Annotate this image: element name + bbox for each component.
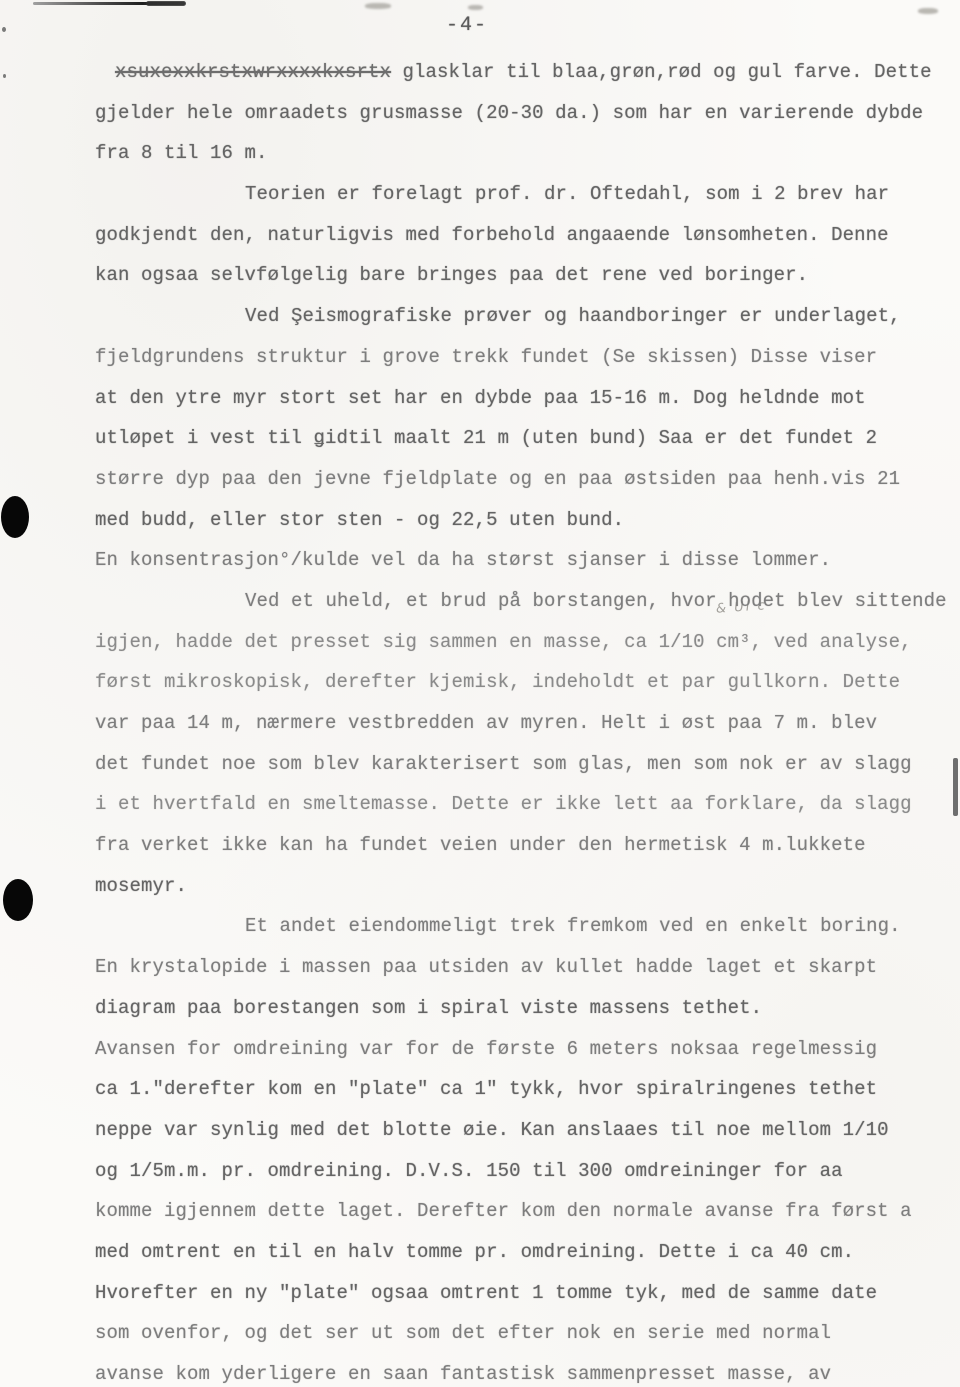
- text-line: fjeldgrundens struktur i grove trekk fun…: [95, 337, 960, 378]
- text-line: Et andet eiendommeligt trek fremkom ved …: [95, 906, 960, 947]
- text-line: og 1/5m.m. pr. omdreining. D.V.S. 150 ti…: [95, 1151, 960, 1192]
- scan-smudge: [918, 8, 938, 14]
- text-line: kan ogsaa selvfølgelig bare bringes paa …: [95, 255, 960, 296]
- text-line-rest: glasklar til blaa,grøn,rød og gul farve.…: [391, 61, 932, 83]
- text-line: at den ytre myr stort set har en dybde p…: [95, 378, 960, 419]
- edge-speck: [3, 74, 6, 78]
- text-line: mosemyr.: [95, 866, 960, 907]
- text-line: En konsentrasjon°/kulde vel da ha størst…: [95, 540, 960, 581]
- text-line: igjen, hadde det presset sig sammen en m…: [95, 622, 960, 663]
- text-line: Teorien er forelagt prof. dr. Oftedahl, …: [95, 174, 960, 215]
- edge-speck: [2, 27, 6, 32]
- text-line: det fundet noe som blev karakterisert so…: [95, 744, 960, 785]
- text-line: godkjendt den, naturligvis med forbehold…: [95, 215, 960, 256]
- scanned-page: -4- & Ul c xsuxexxkrstxwrxxxxkxsrtx glas…: [0, 0, 960, 1387]
- text-line: fra 8 til 16 m.: [95, 133, 960, 174]
- text-line: xsuxexxkrstxwrxxxxkxsrtx glasklar til bl…: [95, 52, 960, 93]
- text-line: utløpet i vest til ǥidtil maalt 21 m (ut…: [95, 418, 960, 459]
- text-line: En krystalopide i massen paa utsiden av …: [95, 947, 960, 988]
- page-number: -4-: [446, 14, 488, 37]
- text-line: diagram paa borestangen som i spiral vis…: [95, 988, 960, 1029]
- hole-punch: [1, 496, 29, 538]
- scan-smudge: [468, 5, 483, 10]
- text-line: først mikroskopisk, derefter kjemisk, in…: [95, 662, 960, 703]
- text-line: gjelder hele omraadets grusmasse (20-30 …: [95, 93, 960, 134]
- text-line: som ovenfor, og det ser ut som det efter…: [95, 1313, 960, 1354]
- pen-line-dash-artifact: [146, 1, 186, 6]
- text-line: med omtrent en til en halv tomme pr. omd…: [95, 1232, 960, 1273]
- text-line: med budd, eller stor sten - og 22,5 uten…: [95, 500, 960, 541]
- text-line: Hvorefter en ny "plate" ogsaa omtrent 1 …: [95, 1273, 960, 1314]
- text-line: komme igjennem dette laget. Derefter kom…: [95, 1191, 960, 1232]
- text-line: avanse kom yderligere en saan fantastisk…: [95, 1354, 960, 1387]
- text-line: var paa 14 m, nærmere vestbredden av myr…: [95, 703, 960, 744]
- text-line: Ved Şeismografiske prøver og haandboring…: [95, 296, 960, 337]
- typewritten-text: xsuxexxkrstxwrxxxxkxsrtx glasklar til bl…: [95, 52, 960, 1387]
- text-line: neppe var synlig med det blotte øie. Kan…: [95, 1110, 960, 1151]
- scan-smudge: [365, 3, 391, 9]
- text-line: fra verket ikke kan ha fundet veien unde…: [95, 825, 960, 866]
- text-line: i et hvertfald en smeltemasse. Dette er …: [95, 784, 960, 825]
- crossed-out-text: xsuxexxkrstxwrxxxxkxsrtx: [115, 61, 391, 83]
- text-line: ca 1."derefter kom en "plate" ca 1" tykk…: [95, 1069, 960, 1110]
- text-line: Ved et uheld, et brud på borstangen, hvo…: [95, 581, 960, 622]
- text-line: Avansen for omdreining var for de første…: [95, 1029, 960, 1070]
- text-line: større dyp paa den jevne fjeldplate og e…: [95, 459, 960, 500]
- hole-punch: [3, 879, 33, 921]
